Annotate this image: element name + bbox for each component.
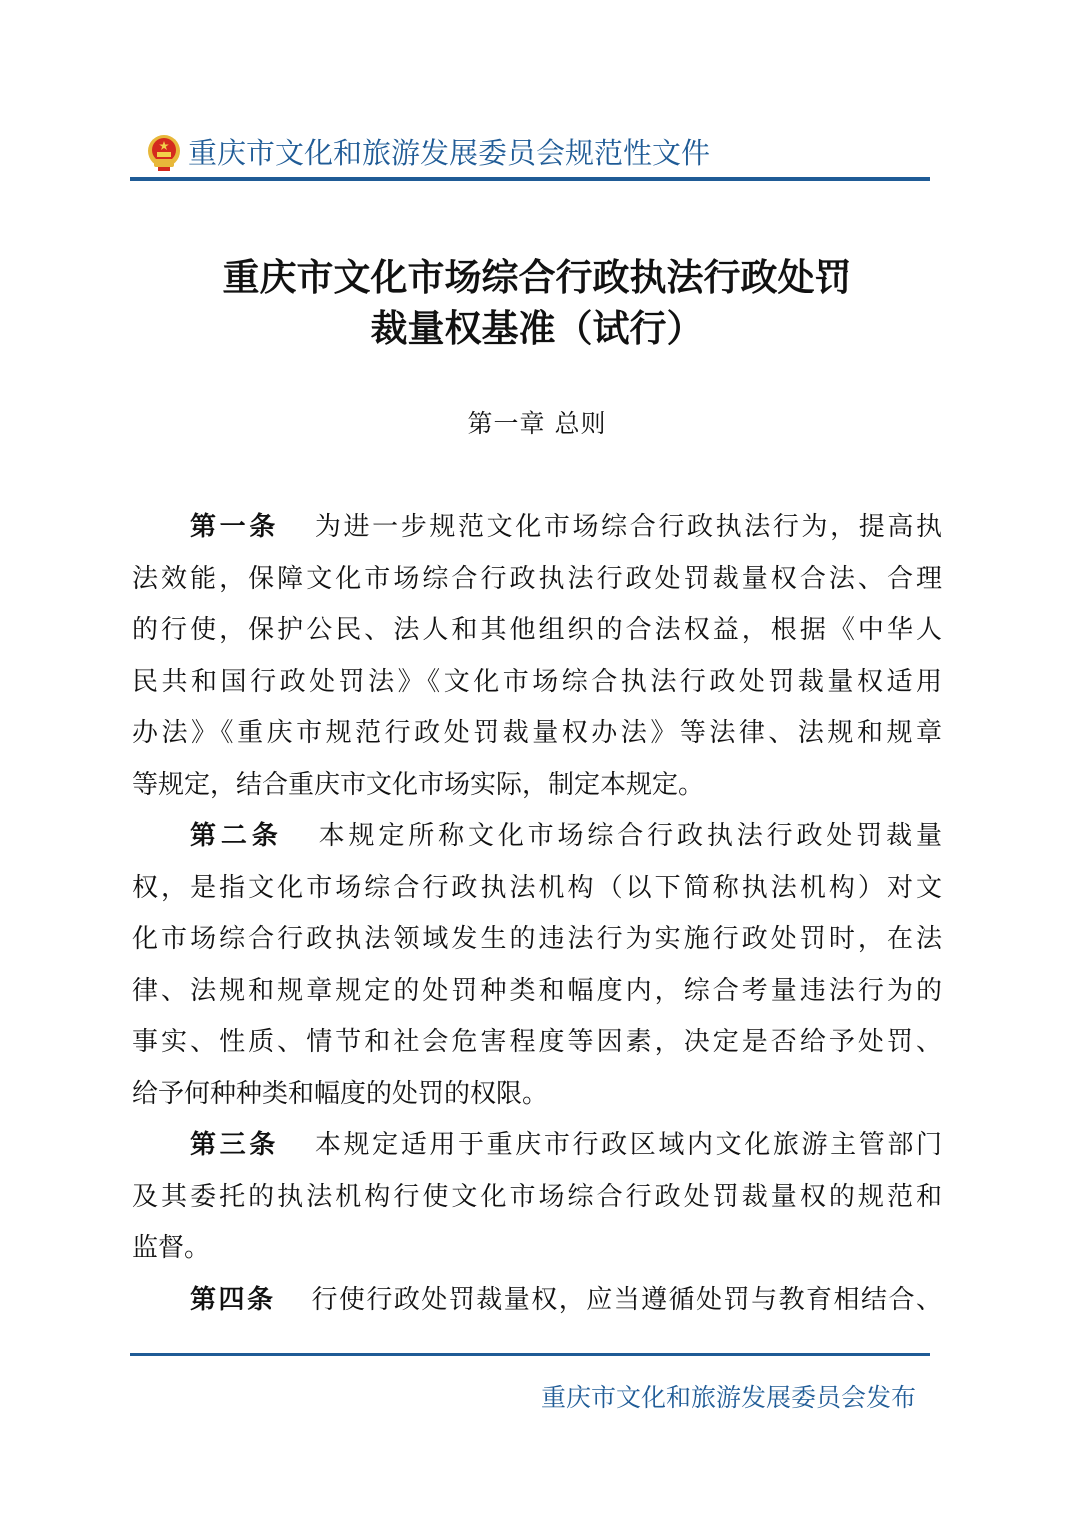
article-2-line-1: 第二条本规定所称文化市场综合行政执法行政处罚裁量 — [132, 811, 942, 863]
article-3-line-2: 及其委托的执法机构行使文化市场综合行政处罚裁量权的规范和 — [132, 1172, 942, 1224]
article-1-line-5: 办法》《重庆市规范行政处罚裁量权办法》等法律、法规和规章 — [132, 708, 942, 760]
article-2-line-2: 权，是指文化市场综合行政执法机构（以下简称执法机构）对文 — [132, 863, 942, 915]
article-2-line-3: 化市场综合行政执法领域发生的违法行为实施行政处罚时，在法 — [132, 914, 942, 966]
article-1-line-4: 民共和国行政处罚法》《文化市场综合执法行政处罚裁量权适用 — [132, 657, 942, 709]
header-title: 重庆市文化和旅游发展委员会规范性文件 — [188, 134, 710, 172]
article-2-line-6: 给予何种种类和幅度的处罚的权限。 — [132, 1069, 942, 1121]
article-text: 行使行政处罚裁量权，应当遵循处罚与教育相结合、 — [311, 1285, 942, 1315]
article-1-line-1: 第一条为进一步规范文化市场综合行政执法行为，提高执 — [132, 502, 942, 554]
document-title-line-2: 裁量权基准（试行） — [0, 298, 1074, 352]
footer-publisher: 重庆市文化和旅游发展委员会发布 — [541, 1378, 916, 1414]
document-title-line-1: 重庆市文化市场综合行政执法行政处罚 — [0, 247, 1074, 301]
article-3-line-3: 监督。 — [132, 1223, 942, 1275]
article-1-line-6: 等规定，结合重庆市文化市场实际，制定本规定。 — [132, 760, 942, 812]
chapter-heading: 第一章 总则 — [0, 404, 1074, 440]
article-1-line-3: 的行使，保护公民、法人和其他组织的合法权益，根据《中华人 — [132, 605, 942, 657]
article-3-line-1: 第三条本规定适用于重庆市行政区域内文化旅游主管部门 — [132, 1120, 942, 1172]
article-label: 第四条 — [190, 1285, 275, 1315]
article-4-line-1: 第四条行使行政处罚裁量权，应当遵循处罚与教育相结合、 — [132, 1275, 942, 1327]
article-text: 本规定所称文化市场综合行政执法行政处罚裁量 — [319, 821, 942, 851]
article-label: 第三条 — [190, 1130, 279, 1160]
article-1-line-2: 法效能，保障文化市场综合行政执法行政处罚裁量权合法、合理 — [132, 554, 942, 606]
article-2-line-5: 事实、性质、情节和社会危害程度等因素，决定是否给予处罚、 — [132, 1017, 942, 1069]
article-2-line-4: 律、法规和规章规定的处罚种类和幅度内，综合考量违法行为的 — [132, 966, 942, 1018]
article-label: 第一条 — [190, 512, 279, 542]
footer-divider — [130, 1353, 930, 1356]
header-divider — [130, 177, 930, 181]
document-header: 重庆市文化和旅游发展委员会规范性文件 — [130, 128, 930, 182]
national-emblem-icon — [146, 134, 182, 172]
article-text: 为进一步规范文化市场综合行政执法行为，提高执 — [315, 512, 942, 542]
article-text: 本规定适用于重庆市行政区域内文化旅游主管部门 — [315, 1130, 942, 1160]
article-label: 第二条 — [190, 821, 283, 851]
document-body: 第一条为进一步规范文化市场综合行政执法行为，提高执 法效能，保障文化市场综合行政… — [132, 502, 942, 1326]
